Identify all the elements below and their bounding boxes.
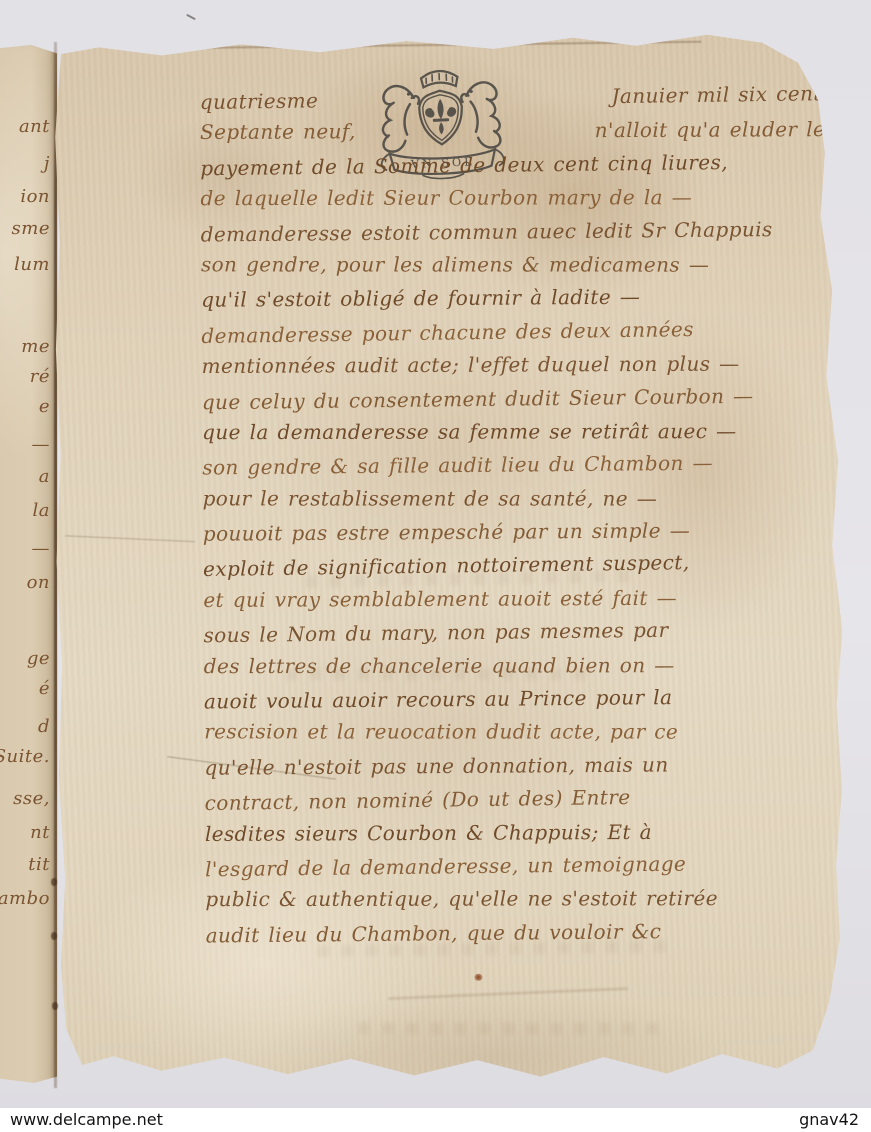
manuscript-line: audit lieu du Chambon, que du vouloir &c xyxy=(205,913,837,952)
binding-stitch xyxy=(52,1002,58,1010)
manuscript-line: rescision et la reuocation dudit acte, p… xyxy=(204,716,836,750)
manuscript-lines: quatriesmeJanuier mil six centSeptante n… xyxy=(200,79,838,952)
manuscript-text: Januier mil six cent xyxy=(611,77,822,113)
previous-page-fragment: é xyxy=(39,680,50,698)
previous-page-fragment: ion xyxy=(20,188,50,206)
watermark-site: www.delcampe.net xyxy=(10,1110,163,1129)
manuscript-line: payement de la Somme de deux cent cinq l… xyxy=(200,145,832,186)
manuscript-line: pour le restablissement de sa santé, ne … xyxy=(203,482,835,516)
previous-page-fragment: j xyxy=(44,155,50,173)
previous-page-fragment: Suite. xyxy=(0,748,50,766)
manuscript-line: que la demanderesse sa femme se retirât … xyxy=(202,415,834,450)
previous-page-fragment: hambo xyxy=(0,890,50,908)
manuscript-text: Septante neuf, xyxy=(200,116,356,150)
previous-page-fragment: ant xyxy=(19,118,50,136)
previous-page-fragment: tit xyxy=(28,856,50,874)
previous-page-fragment: ge xyxy=(27,650,50,668)
watermark-bar: www.delcampe.net gnav42 xyxy=(0,1108,871,1132)
manuscript-line: son gendre & sa fille audit lieu du Cham… xyxy=(202,446,834,485)
ink-spot xyxy=(474,974,483,981)
manuscript-line: public & authentique, qu'elle ne s'estoi… xyxy=(205,882,837,917)
previous-page-fragment: sme xyxy=(12,220,50,238)
ink-showthrough xyxy=(358,1022,658,1035)
manuscript-line: Septante neuf,n'alloit qu'a eluder le, xyxy=(200,113,832,149)
manuscript-line: mentionnées audit acte; l'effet duquel n… xyxy=(202,347,834,383)
manuscript-line: demanderesse estoit commun auec ledit Sr… xyxy=(201,212,833,251)
previous-page-fragment: nt xyxy=(30,824,50,842)
previous-page-fragment: me xyxy=(21,338,50,356)
manuscript-line: que celuy du consentement dudit Sieur Co… xyxy=(202,378,834,419)
manuscript-line: lesdites sieurs Courbon & Chappuis; Et à xyxy=(205,815,837,851)
crease-line xyxy=(388,988,628,1000)
manuscript-line: son gendre, pour les alimens & medicamen… xyxy=(201,248,833,282)
scanned-document: antjionsmelummerée—ala—ongeédSuite.sse,n… xyxy=(0,0,871,1132)
binding-stitch xyxy=(51,878,57,886)
manuscript-line: contract, non nominé (Do ut des) Entre xyxy=(204,778,836,820)
previous-page-fragment: — xyxy=(32,436,51,454)
watermark-id: gnav42 xyxy=(799,1110,859,1129)
previous-page-strip: antjionsmelummerée—ala—ongeédSuite.sse,n… xyxy=(0,44,57,1086)
manuscript-text: n'alloit qu'a eluder le, xyxy=(595,113,832,147)
previous-page-fragment: la xyxy=(33,502,51,520)
previous-page-fragment: on xyxy=(27,574,50,592)
manuscript-line: auoit voulu auoir recours au Prince pour… xyxy=(204,680,836,719)
manuscript-line: des lettres de chancelerie quand bien on… xyxy=(204,648,836,683)
manuscript-line: l'esgard de la demanderesse, un temoigna… xyxy=(205,846,837,887)
manuscript-text: quatriesme xyxy=(200,84,319,119)
crease-line xyxy=(65,535,195,542)
previous-page-fragment: lum xyxy=(14,256,50,274)
previous-page-fragment: ré xyxy=(30,368,50,386)
previous-page-fragment: d xyxy=(38,718,50,736)
previous-page-fragment: a xyxy=(39,468,50,486)
manuscript-page: VN SOL quatriesmeJanuier mil six centSep… xyxy=(51,25,848,1092)
previous-page-fragment: sse, xyxy=(13,790,50,808)
manuscript-line: et qui vray semblablement auoit esté fai… xyxy=(203,581,835,617)
manuscript-line: de laquelle ledit Sieur Courbon mary de … xyxy=(200,181,832,216)
binding-stitch xyxy=(51,932,57,940)
previous-page-fragment: e xyxy=(39,398,50,416)
previous-page-fragment: — xyxy=(32,540,51,558)
manuscript-line: sous le Nom du mary, non pas mesmes par xyxy=(203,612,835,653)
paper-surface: VN SOL quatriesmeJanuier mil six centSep… xyxy=(51,25,848,1092)
